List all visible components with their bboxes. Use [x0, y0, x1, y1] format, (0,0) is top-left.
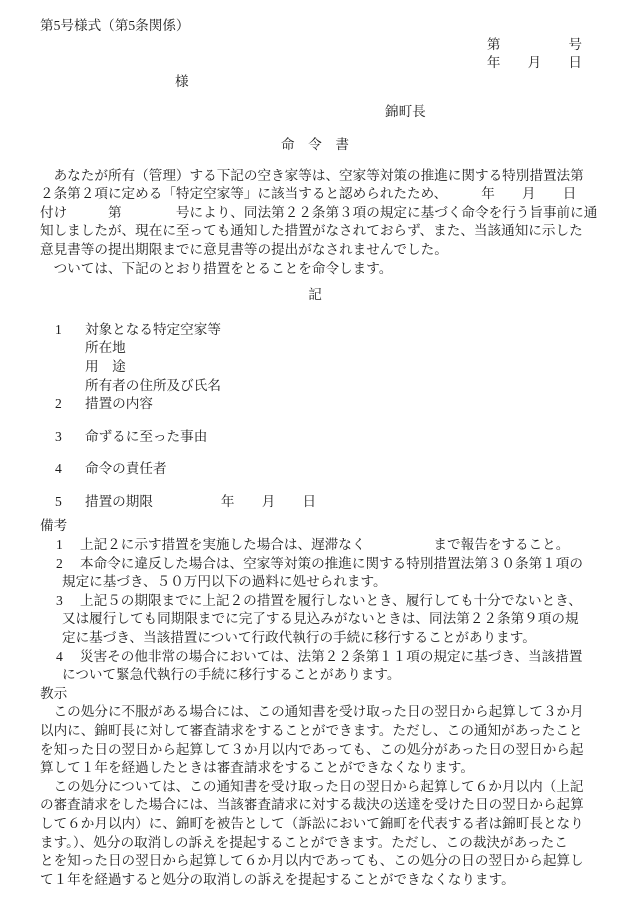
- note-line: 3上記５の期限までに上記２の措置を履行しないとき、履行しても十分でないとき、: [56, 592, 590, 611]
- item-number: 3: [55, 428, 85, 447]
- list-item-3: 3命ずるに至った事由: [55, 428, 590, 447]
- list-item-1: 1対象となる特定空家等: [55, 321, 590, 340]
- note-line: 2本命令に違反した場合は、空家等対策の推進に関する特別措置法第３０条第１項の: [56, 555, 590, 574]
- issuer-name: 錦町長: [385, 103, 590, 122]
- instruction-line: 以内に、錦町長に対して審査請求をすることができます。ただし、この通知があったこと: [40, 722, 590, 741]
- note-line: 又は履行しても同期限までに完了する見込みがないときは、同法第２２条第９項の規: [62, 610, 590, 629]
- item-label: 命ずるに至った事由: [85, 428, 207, 447]
- note-line: 4災害その他非常の場合においては、法第２２条第１１項の規定に基づき、当該措置: [56, 648, 590, 667]
- list-item-5: 5措置の期限 年 月 日: [55, 493, 590, 512]
- item-number: 5: [55, 493, 85, 512]
- spacer: [40, 414, 590, 428]
- item-label: 措置の内容: [85, 395, 153, 414]
- body-line: ついては、下記のとおり措置をとることを命令します。: [40, 260, 590, 279]
- item-number: 1: [55, 321, 85, 340]
- doc-number-blank: 第 号: [40, 36, 590, 55]
- item-number: 4: [55, 460, 85, 479]
- spacer: [40, 479, 590, 493]
- instruction-heading: 教示: [40, 685, 590, 704]
- ki-separator: 記: [40, 286, 590, 305]
- instruction-line: この処分に不服がある場合には、この通知書を受け取った日の翌日から起算して３か月: [40, 703, 590, 722]
- document-page: 第5号様式（第5条関係） 第 号 年 月 日 様 錦町長 命 令 書 あなたが所…: [0, 0, 630, 903]
- note-number: 1: [56, 536, 80, 555]
- addressee-suffix: 様: [175, 73, 590, 92]
- notes-heading: 備考: [40, 517, 590, 536]
- list-subitem-location: 所在地: [85, 339, 590, 358]
- date-blank: 年 月 日: [40, 54, 590, 73]
- form-number: 第5号様式（第5条関係）: [40, 17, 590, 36]
- instruction-line: とを知った日の翌日から起算して６か月以内であっても、この処分の日の翌日から起算し: [40, 852, 590, 871]
- note-number: 2: [56, 555, 80, 574]
- instruction-section: 教示 この処分に不服がある場合には、この通知書を受け取った日の翌日から起算して３…: [40, 685, 590, 890]
- instruction-line: ます。）、処分の取消しの訴えを提起することができます。ただし、この裁決があったこ: [40, 834, 590, 853]
- list-item-2: 2措置の内容: [55, 395, 590, 414]
- note-line: 定に基づき、当該措置について行政代執行の手続に移行することがあります。: [62, 629, 590, 648]
- spacer: [40, 446, 590, 460]
- body-paragraph: あなたが所有（管理）する下記の空き家等は、空家等対策の推進に関する特別措置法第 …: [40, 167, 590, 279]
- item-label: 対象となる特定空家等: [85, 321, 221, 340]
- body-line: 付け 第 号により、同法第２２条第３項の規定に基づく命令を行う旨事前に通: [40, 204, 590, 223]
- note-text: 上記５の期限までに上記２の措置を履行しないとき、履行しても十分でないとき、: [80, 592, 582, 611]
- note-text: 本命令に違反した場合は、空家等対策の推進に関する特別措置法第３０条第１項の: [80, 555, 583, 574]
- doc-title: 命 令 書: [40, 136, 590, 155]
- note-number: 3: [56, 592, 80, 611]
- list-subitem-use: 用 途: [85, 358, 590, 377]
- note-text: 災害その他非常の場合においては、法第２２条第１１項の規定に基づき、当該措置: [80, 648, 582, 667]
- note-line: について緊急代執行の手続に移行することがあります。: [62, 666, 590, 685]
- body-line: 意見書等の提出期限までに意見書等の提出がなされませんでした。: [40, 241, 590, 260]
- note-line: 規定に基づき、５０万円以下の過料に処せられます。: [62, 573, 590, 592]
- item-number: 2: [55, 395, 85, 414]
- item-label: 命令の責任者: [85, 460, 167, 479]
- list-subitem-owner: 所有者の住所及び氏名: [85, 377, 590, 396]
- list-item-4: 4命令の責任者: [55, 460, 590, 479]
- notes-section: 備考 1上記２に示す措置を実施した場合は、遅滞なく まで報告をすること。 2本命…: [40, 517, 590, 684]
- instruction-line: して６か月以内）に、錦町を被告として（訴訟において錦町を代表する者は錦町長となり: [40, 815, 590, 834]
- instruction-line: を知った日の翌日から起算して３か月以内であっても、この処分があった日の翌日から起: [40, 741, 590, 760]
- item-list: 1対象となる特定空家等 所在地 用 途 所有者の住所及び氏名 2措置の内容 3命…: [40, 321, 590, 512]
- instruction-line: この処分については、この通知書を受け取った日の翌日から起算して６か月以内（上記: [40, 778, 590, 797]
- body-line: ２条第２項に定める「特定空家等」に該当すると認められたため、 年 月 日: [40, 185, 590, 204]
- instruction-line: の審査請求をした場合には、当該審査請求に対する裁決の送達を受けた日の翌日から起算: [40, 796, 590, 815]
- note-line: 1上記２に示す措置を実施した場合は、遅滞なく まで報告をすること。: [56, 536, 590, 555]
- body-line: あなたが所有（管理）する下記の空き家等は、空家等対策の推進に関する特別措置法第: [40, 167, 590, 186]
- note-number: 4: [56, 648, 80, 667]
- item-label: 措置の期限 年 月 日: [85, 493, 316, 512]
- body-line: 知しましたが、現在に至っても通知した措置がなされておらず、また、当該通知に示した: [40, 222, 590, 241]
- note-text: 上記２に示す措置を実施した場合は、遅滞なく まで報告をすること。: [80, 536, 569, 555]
- instruction-line: 算して１年を経過したときは審査請求をすることができなくなります。: [40, 759, 590, 778]
- instruction-line: て１年を経過すると処分の取消しの訴えを提起することができなくなります。: [40, 871, 590, 890]
